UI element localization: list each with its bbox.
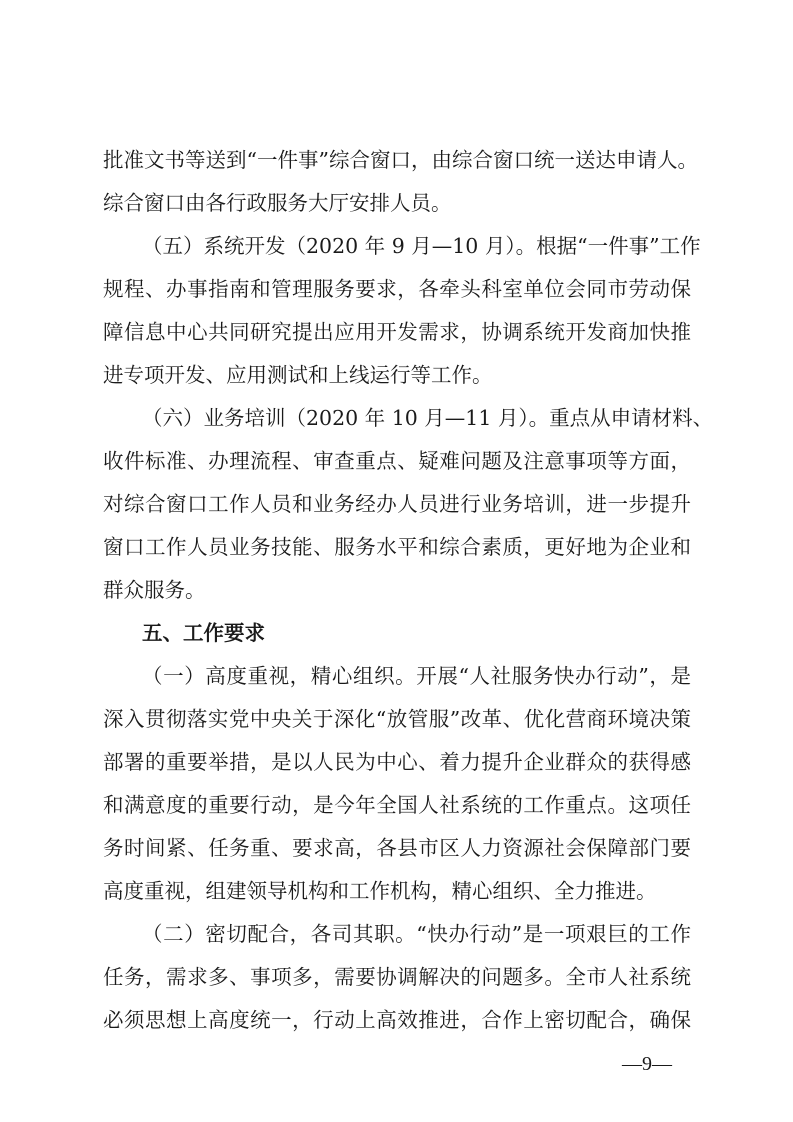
section-item-5-line: （五）系统开发（2020 年 9 月—10 月）。根据“一件事”工作 [142,231,691,261]
paragraph-line: 群众服务。 [103,575,691,605]
paragraph-line: 任务，需求多、事项多，需要协调解决的问题多。全市人社系统 [103,962,691,992]
paragraph-line: 部署的重要举措，是以人民为中心、着力提升企业群众的获得感 [103,747,691,777]
document-page: 批准文书等送到“一件事”综合窗口，由综合窗口统一送达申请人。 综合窗口由各行政服… [0,0,793,1122]
paragraph-line: 务时间紧、任务重、要求高，各县市区人力资源社会保障部门要 [103,833,691,863]
paragraph-line: 规程、办事指南和管理服务要求，各牵头科室单位会同市劳动保 [103,274,691,304]
paragraph-line: 高度重视，组建领导机构和工作机构，精心组织、全力推进。 [103,876,691,906]
paragraph-line: 进专项开发、应用测试和上线运行等工作。 [103,360,691,390]
paragraph-line: 对综合窗口工作人员和业务经办人员进行业务培训，进一步提升 [103,489,691,519]
paragraph-line: 窗口工作人员业务技能、服务水平和综合素质，更好地为企业和 [103,532,691,562]
section-item-6-line: （六）业务培训（2020 年 10 月—11 月）。重点从申请材料、 [142,403,691,433]
paragraph-line: 和满意度的重要行动，是今年全国人社系统的工作重点。这项任 [103,790,691,820]
paragraph-line: 障信息中心共同研究提出应用开发需求，协调系统开发商加快推 [103,317,691,347]
requirement-2-line: （二）密切配合，各司其职。“快办行动”是一项艰巨的工作 [142,919,691,949]
paragraph-line: 必须思想上高度统一，行动上高效推进，合作上密切配合，确保 [103,1005,691,1035]
section-heading: 五、工作要求 [142,618,691,648]
paragraph-line: 综合窗口由各行政服务大厅安排人员。 [103,188,691,218]
paragraph-line: 收件标准、办理流程、审查重点、疑难问题及注意事项等方面， [103,446,691,476]
paragraph-line: 批准文书等送到“一件事”综合窗口，由综合窗口统一送达申请人。 [103,145,691,175]
paragraph-line: 深入贯彻落实党中央关于深化“放管服”改革、优化营商环境决策 [103,704,691,734]
requirement-1-line: （一）高度重视，精心组织。开展“人社服务快办行动”，是 [142,661,691,691]
page-number: —9— [612,1050,682,1078]
